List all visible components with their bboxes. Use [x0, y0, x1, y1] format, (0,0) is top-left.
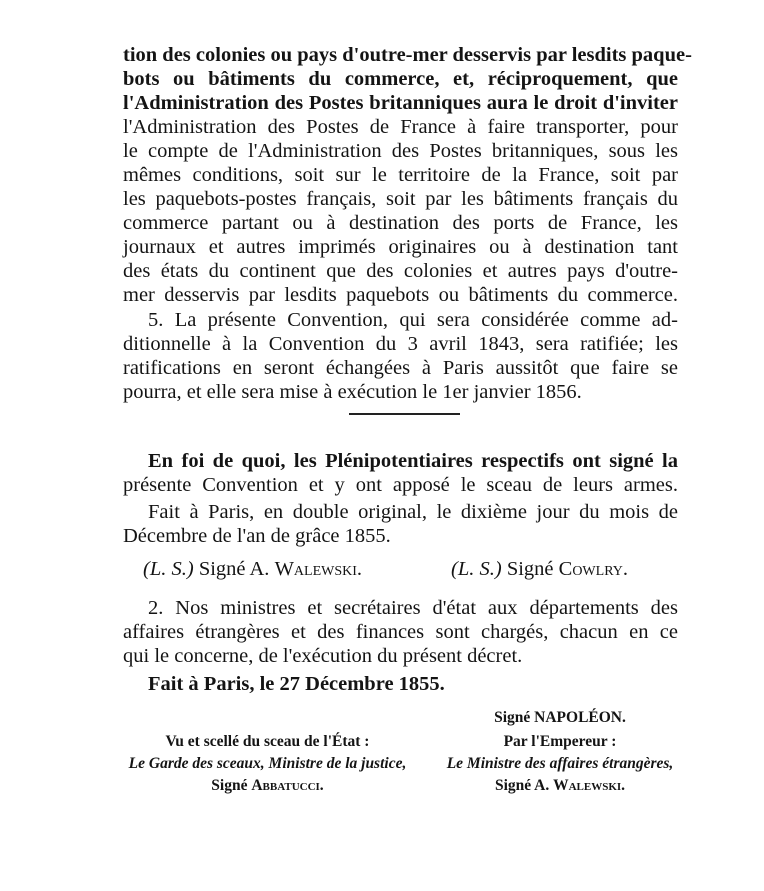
garde-des-sceaux-role: Le Garde des sceaux, Ministre de la just…	[110, 753, 425, 775]
text-line: qui le concerne, de l'exécution du prése…	[123, 644, 678, 668]
text-line: l'Administration des Postes de France à …	[123, 115, 678, 139]
text-line: Fait à Paris, en double original, le dix…	[148, 500, 678, 524]
text-line: 2. Nos ministres et secrétaires d'état a…	[148, 596, 678, 620]
signature-label: Signé A.	[199, 558, 270, 580]
text-line: tion des colonies ou pays d'outre-mer de…	[123, 43, 678, 67]
text-line: commerce partant ou à destination des po…	[123, 211, 678, 235]
seal-mark: (L. S.)	[451, 558, 502, 580]
section-divider	[349, 413, 460, 415]
text-line: les paquebots-postes français, soit par …	[123, 187, 678, 211]
signature-walewski-decree: Signé A. Walewski.	[425, 775, 695, 797]
signature-abbatucci: Signé Abbatucci.	[110, 775, 425, 797]
signature-walewski: (L. S.) Signé A. Walewski.	[143, 556, 362, 582]
text-line: le compte de l'Administration des Postes…	[123, 139, 678, 163]
text-line: pourra, et elle sera mise à exécution le…	[123, 380, 678, 404]
par-empereur: Par l'Empereur :	[425, 731, 695, 753]
signature-label: Signé	[211, 777, 247, 794]
ministre-affaires-role: Le Ministre des affaires étrangères,	[425, 753, 695, 775]
text-line: 5. La présente Convention, qui sera cons…	[148, 308, 678, 332]
text-line: présente Convention et y ont apposé le s…	[123, 473, 678, 497]
signatory-name: Cowlry.	[559, 558, 628, 580]
text-line: ratifications en seront échangées à Pari…	[123, 356, 678, 380]
seal-title: Vu et scellé du sceau de l'État :	[110, 731, 425, 753]
text-line: ditionnelle à la Convention du 3 avril 1…	[123, 332, 678, 356]
left-signature-block: Vu et scellé du sceau de l'État : Le Gar…	[110, 731, 425, 797]
napoleon-signature: Signé NAPOLÉON.	[440, 707, 680, 729]
signature-napoleon: Signé NAPOLÉON.	[440, 707, 680, 729]
text-line: des états du continent que des colonies …	[123, 259, 678, 283]
fait-date: Fait à Paris, le 27 Décembre 1855.	[148, 672, 678, 696]
seal-mark: (L. S.)	[143, 558, 194, 580]
text-line: bots ou bâtiments du commerce, et, récip…	[123, 67, 678, 91]
signature-cowley: (L. S.) Signé Cowlry.	[451, 556, 628, 582]
document-page: tion des colonies ou pays d'outre-mer de…	[0, 0, 764, 891]
right-signature-block: Par l'Empereur : Le Ministre des affaire…	[425, 731, 695, 797]
text-line: journaux et autres imprimés originaires …	[123, 235, 678, 259]
signatory-name: Walewski.	[275, 558, 362, 580]
signatory-name: Abbatucci.	[251, 777, 323, 794]
text-line: l'Administration des Postes britanniques…	[123, 91, 678, 115]
text-line: affaires étrangères et des finances sont…	[123, 620, 678, 644]
signature-label: Signé A.	[495, 777, 549, 794]
text-line: mêmes conditions, soit sur le territoire…	[123, 163, 678, 187]
text-line: mer desservis par lesdits paquebots ou b…	[123, 283, 678, 307]
text-line: En foi de quoi, les Plénipotentiaires re…	[148, 449, 678, 473]
signatory-name: Walewski.	[553, 777, 625, 794]
signature-label: Signé	[507, 558, 554, 580]
text-line: Décembre de l'an de grâce 1855.	[123, 524, 678, 548]
